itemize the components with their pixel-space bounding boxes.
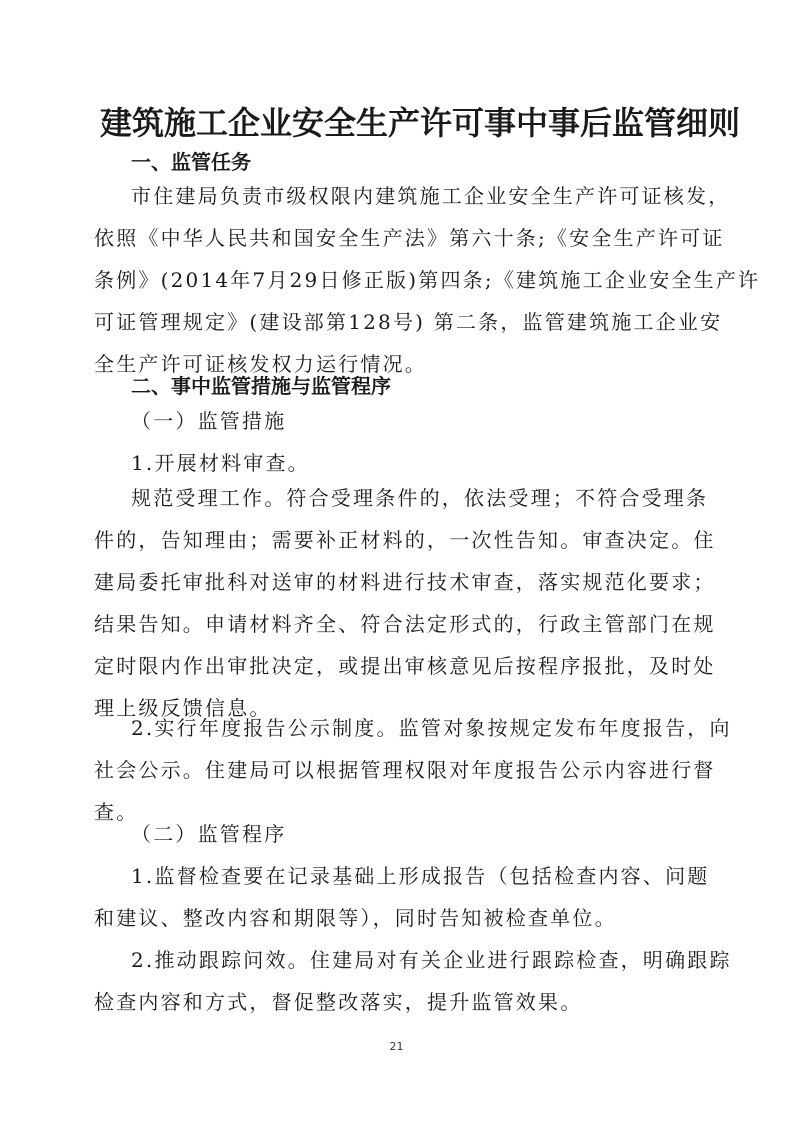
paragraph-line: 和建议、整改内容和期限等），同时告知被检查单位。 (94, 906, 617, 930)
subsection-heading-measures: （一）监管措施 (131, 409, 286, 433)
paragraph-line: 依照《中华人民共和国安全生产法》第六十条;《安全生产许可证 (94, 226, 725, 250)
paragraph-line: 建局委托审批科对送审的材料进行技术审查，落实规范化要求； (94, 570, 716, 594)
paragraph-line: 检查内容和方式，督促整改落实，提升监管效果。 (94, 990, 582, 1014)
paragraph-line: 2.推动跟踪问效。住建局对有关企业进行跟踪检查，明确跟踪 (131, 948, 732, 972)
paragraph-line: 市住建局负责市级权限内建筑施工企业安全生产许可证核发， (131, 184, 730, 208)
paragraph-line: 2.实行年度报告公示制度。监管对象按规定发布年度报告，向 (131, 716, 732, 740)
paragraph-line: 查。 (94, 800, 138, 824)
paragraph-line: 件的，告知理由；需要补正材料的，一次性告知。审查决定。住 (94, 528, 716, 552)
page-number: 21 (0, 1040, 793, 1053)
document-page: 建筑施工企业安全生产许可事中事后监管细则 一、监管任务 市住建局负责市级权限内建… (0, 0, 793, 1122)
paragraph-line: 结果告知。申请材料齐全、符合法定形式的，行政主管部门在规 (94, 612, 716, 636)
paragraph-line: 1.开展材料审查。 (131, 451, 310, 475)
paragraph-line: 定时限内作出审批决定，或提出审核意见后按程序报批，及时处 (94, 654, 716, 678)
paragraph-line: 可证管理规定》(建设部第128号) 第二条，监管建筑施工企业安 (94, 310, 722, 334)
document-title: 建筑施工企业安全生产许可事中事后监管细则 (100, 98, 700, 144)
paragraph-line: 社会公示。住建局可以根据管理权限对年度报告公示内容进行督 (94, 758, 716, 782)
subsection-heading-procedures: （二）监管程序 (131, 822, 286, 846)
paragraph-line: 条例》(2014年7月29日修正版)第四条;《建筑施工企业安全生产许 (94, 268, 760, 292)
section-heading-measures-procedures: 二、事中监管措施与监管程序 (131, 370, 391, 399)
paragraph-line: 规范受理工作。符合受理条件的，依法受理；不符合受理条 (131, 486, 708, 510)
paragraph-line: 1.监督检查要在记录基础上形成报告（包括检查内容、问题 (131, 864, 709, 888)
section-heading-tasks: 一、监管任务 (131, 146, 251, 175)
